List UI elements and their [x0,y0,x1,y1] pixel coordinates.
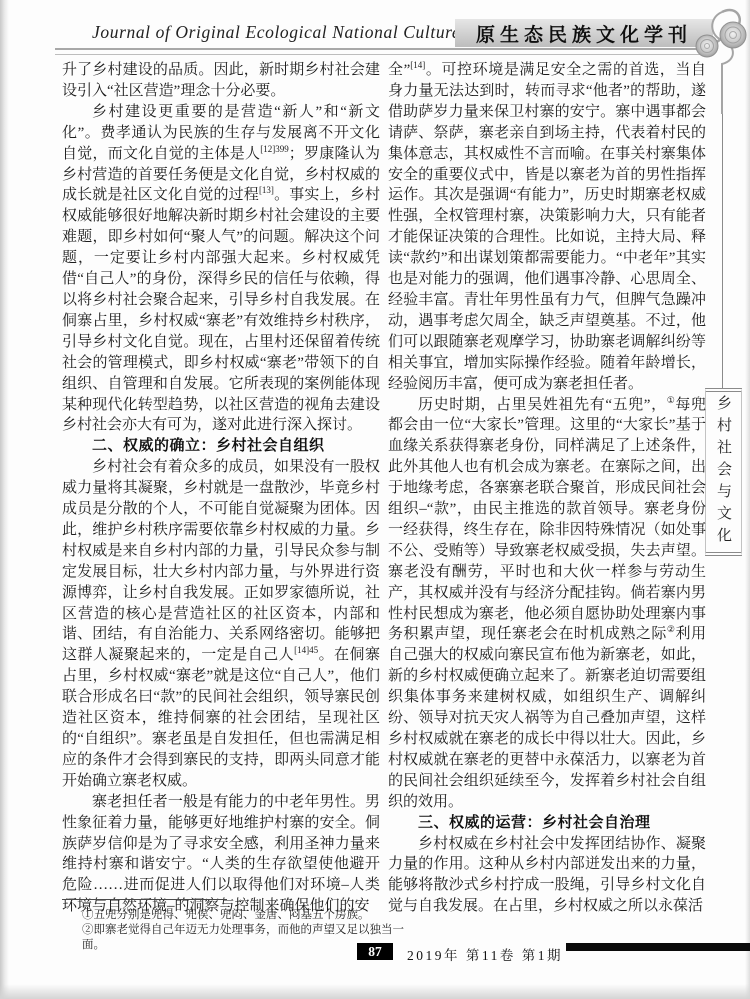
page-number-badge: 87 [357,943,393,960]
section-label: 乡村社会与文化 [713,395,734,549]
right-text-column: 全”[14]。可控环境是满足安全之需的首选，当自身力量无法达到时，转而寻求“他者… [388,60,706,917]
journal-title-chinese: 原生态民族文化学刊 [476,20,692,47]
footnote-item: ①五兜分别是兜得、兜侯、兜闷、金唐、闷基五个房族。 [62,908,412,923]
left-text-column: 升了乡村建设的品质。因此，新时期乡村社会建设引入“社区营造”理念十分必要。 乡村… [62,60,380,917]
footer-black-bar [566,943,750,951]
paragraph: 升了乡村建设的品质。因此，新时期乡村社会建设引入“社区营造”理念十分必要。 [62,60,380,102]
scan-edge-bottom [0,984,750,999]
paragraph: 历史时期，占里吴姓祖先有“五兜”，①每兜都会由一位“大家长”管理。这里的“大家长… [388,395,706,813]
journal-page-scan: Journal of Original Ecological National … [0,0,750,999]
journal-title-english: Journal of Original Ecological National … [92,22,460,43]
paragraph: 乡村权威在乡村社会中发挥团结协作、凝聚力量的作用。这种从乡村内部迸发出来的力量，… [388,834,706,918]
scan-edge-right [745,0,750,999]
issue-info: 2019年 第11卷 第1期 [407,944,563,964]
header-double-rule [55,48,713,55]
section-tab: 乡村社会与文化 [705,388,742,556]
scan-edge-left [0,0,9,999]
paragraph: 全”[14]。可控环境是满足安全之需的首选，当自身力量无法达到时，转而寻求“他者… [388,60,706,395]
sidebar-vertical-rule [722,114,723,388]
paragraph: 乡村社会有着众多的成员，如果没有一股权威力量将其凝聚，乡村就是一盘散沙，毕竟乡村… [62,457,380,792]
paragraph: 乡村建设更重要的是营造“新人”和“新文化”。费孝通认为民族的生存与发展离不开文化… [62,102,380,437]
journal-title-banner: 原生态民族文化学刊 [455,19,713,47]
page-footer: 87 2019年 第11卷 第1期 [0,942,750,964]
section-heading-2: 二、权威的确立：乡村社会自组织 [62,436,380,457]
footnote-rule [62,899,227,900]
section-heading-3: 三、权威的运营：乡村社会自治理 [388,813,706,834]
